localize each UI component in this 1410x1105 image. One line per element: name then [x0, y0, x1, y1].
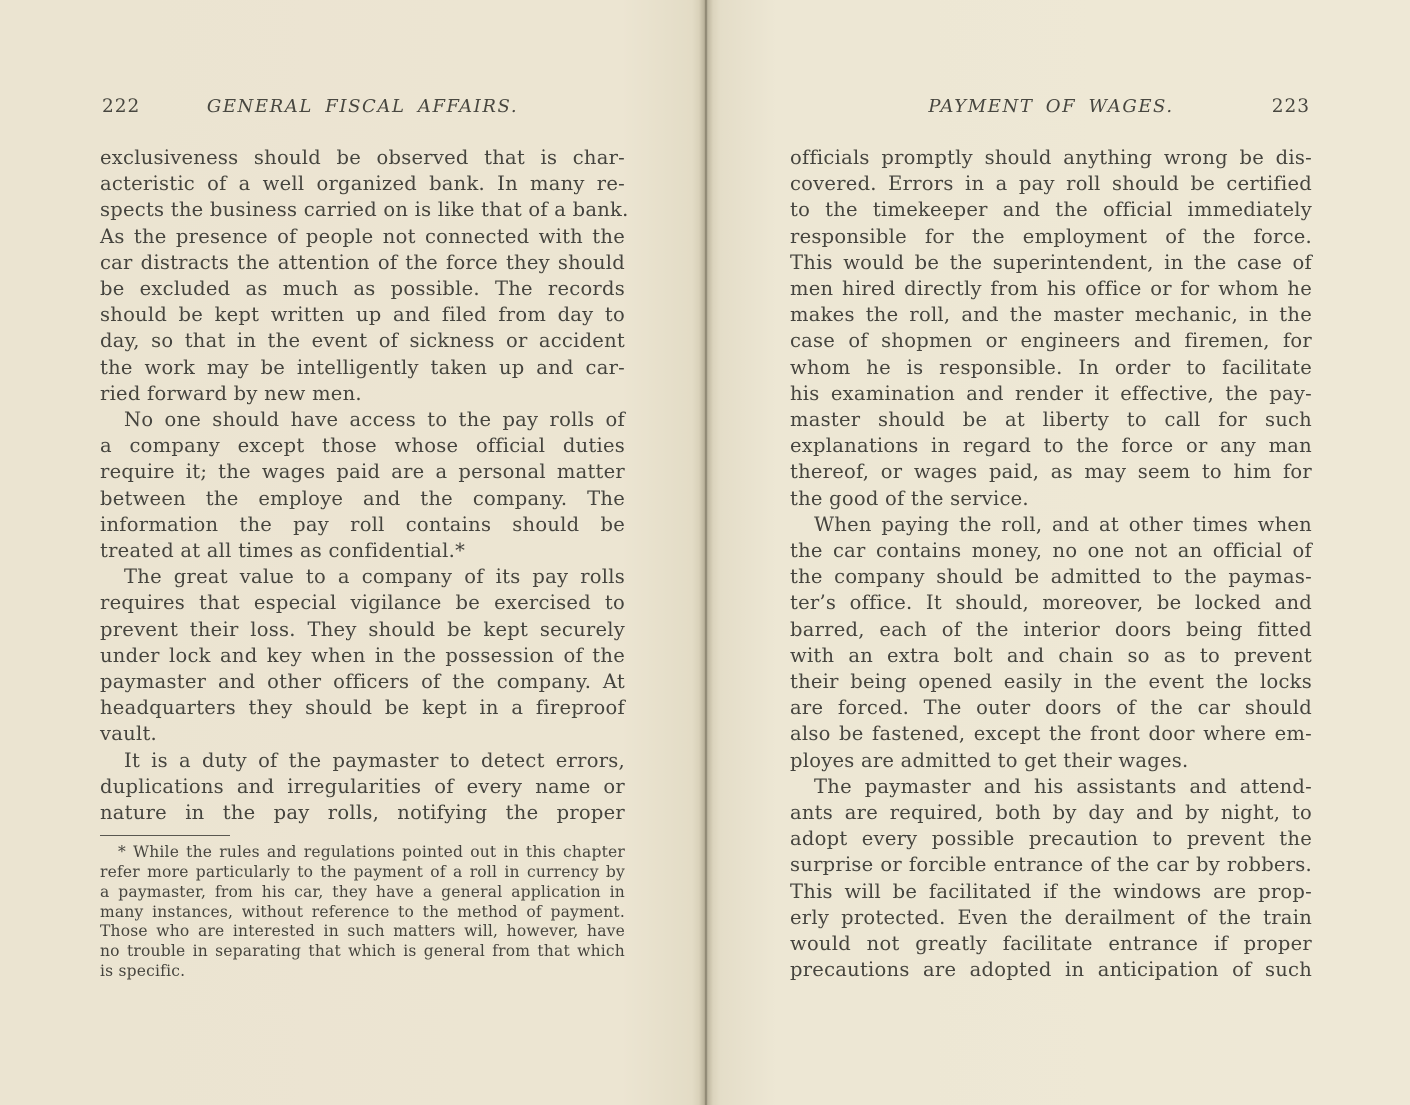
text-line: When paying the roll, and at other times… — [790, 512, 1312, 538]
text-line: This will be facilitated if the windows … — [790, 879, 1312, 905]
text-line: many instances, without reference to the… — [100, 903, 625, 923]
text-line: The great value to a company of its pay … — [100, 564, 625, 590]
footnote: * While the rules and regulations pointe… — [100, 843, 625, 982]
text-line: their being opened easily in the event t… — [790, 669, 1312, 695]
text-line: responsible for the employment of the fo… — [790, 224, 1312, 250]
text-line: is specific. — [100, 962, 625, 982]
text-line: exclusiveness should be observed that is… — [100, 145, 625, 171]
text-line: ants are required, both by day and by ni… — [790, 800, 1312, 826]
left-page-header: 222 GENERAL FISCAL AFFAIRS. — [100, 96, 625, 118]
text-line: * While the rules and regulations pointe… — [100, 843, 625, 863]
text-line: thereof, or wages paid, as may seem to h… — [790, 459, 1312, 485]
text-line: ried forward by new men. — [100, 381, 625, 407]
text-line: no trouble in separating that which is g… — [100, 942, 625, 962]
page-number: 222 — [102, 96, 140, 117]
text-line: the car contains money, no one not an of… — [790, 538, 1312, 564]
text-line: acteristic of a well organized bank. In … — [100, 171, 625, 197]
text-line: ployes are admitted to get their wages. — [790, 748, 1312, 774]
text-line: adopt every possible precaution to preve… — [790, 826, 1312, 852]
text-line: nature in the pay rolls, notifying the p… — [100, 800, 625, 826]
text-line: paymaster and other officers of the comp… — [100, 669, 625, 695]
text-line: duplications and irregularities of every… — [100, 774, 625, 800]
text-line: barred, each of the interior doors being… — [790, 617, 1312, 643]
text-line: a company except those whose official du… — [100, 433, 625, 459]
text-line: explanations in regard to the force or a… — [790, 433, 1312, 459]
text-line: require it; the wages paid are a persona… — [100, 459, 625, 485]
text-line: car distracts the attention of the force… — [100, 250, 625, 276]
text-line: information the pay roll contains should… — [100, 512, 625, 538]
text-line: treated at all times as confidential.* — [100, 538, 625, 564]
running-title: GENERAL FISCAL AFFAIRS. — [100, 96, 625, 117]
text-line: requires that especial vigilance be exer… — [100, 590, 625, 616]
text-line: erly protected. Even the derailment of t… — [790, 905, 1312, 931]
footnote-rule — [100, 835, 230, 836]
page-number: 223 — [1272, 96, 1310, 117]
text-line: The paymaster and his assistants and att… — [790, 774, 1312, 800]
text-line: surprise or forcible entrance of the car… — [790, 852, 1312, 878]
text-line: covered. Errors in a pay roll should be … — [790, 171, 1312, 197]
text-line: men hired directly from his office or fo… — [790, 276, 1312, 302]
text-line: master should be at liberty to call for … — [790, 407, 1312, 433]
text-line: case of shopmen or engineers and firemen… — [790, 328, 1312, 354]
text-line: the good of the service. — [790, 486, 1312, 512]
text-line: the work may be intelligently taken up a… — [100, 355, 625, 381]
text-line: be excluded as much as possible. The rec… — [100, 276, 625, 302]
text-line: vault. — [100, 721, 625, 747]
text-line: day, so that in the event of sickness or… — [100, 328, 625, 354]
text-line: Those who are interested in such matters… — [100, 922, 625, 942]
text-line: also be fastened, except the front door … — [790, 721, 1312, 747]
text-line: refer more particularly to the payment o… — [100, 863, 625, 883]
text-line: should be kept written up and filed from… — [100, 302, 625, 328]
gutter-shadow — [699, 0, 713, 1105]
left-page: 222 GENERAL FISCAL AFFAIRS. exclusivenes… — [100, 96, 625, 982]
text-line: prevent their loss. They should be kept … — [100, 617, 625, 643]
text-line: No one should have access to the pay rol… — [100, 407, 625, 433]
text-line: a paymaster, from his car, they have a g… — [100, 883, 625, 903]
body-text: exclusiveness should be observed that is… — [100, 145, 625, 826]
text-line: spects the business carried on is like t… — [100, 197, 625, 223]
text-line: precautions are adopted in anticipation … — [790, 957, 1312, 983]
right-page: PAYMENT OF WAGES. 223 officials promptly… — [790, 96, 1312, 984]
text-line: ter’s office. It should, moreover, be lo… — [790, 590, 1312, 616]
text-line: This would be the superintendent, in the… — [790, 250, 1312, 276]
text-line: the company should be admitted to the pa… — [790, 564, 1312, 590]
right-page-header: PAYMENT OF WAGES. 223 — [790, 96, 1312, 118]
text-line: It is a duty of the paymaster to detect … — [100, 748, 625, 774]
text-line: to the timekeeper and the official immed… — [790, 197, 1312, 223]
text-line: with an extra bolt and chain so as to pr… — [790, 643, 1312, 669]
text-line: between the employe and the company. The — [100, 486, 625, 512]
body-text: officials promptly should anything wrong… — [790, 145, 1312, 984]
text-line: makes the roll, and the master mechanic,… — [790, 302, 1312, 328]
text-line: headquarters they should be kept in a fi… — [100, 695, 625, 721]
text-line: whom he is responsible. In order to faci… — [790, 355, 1312, 381]
text-line: his examination and render it effective,… — [790, 381, 1312, 407]
text-line: under lock and key when in the possessio… — [100, 643, 625, 669]
text-line: officials promptly should anything wrong… — [790, 145, 1312, 171]
text-line: are forced. The outer doors of the car s… — [790, 695, 1312, 721]
running-title: PAYMENT OF WAGES. — [790, 96, 1312, 117]
text-line: As the presence of people not connected … — [100, 224, 625, 250]
text-line: would not greatly facilitate entrance if… — [790, 931, 1312, 957]
